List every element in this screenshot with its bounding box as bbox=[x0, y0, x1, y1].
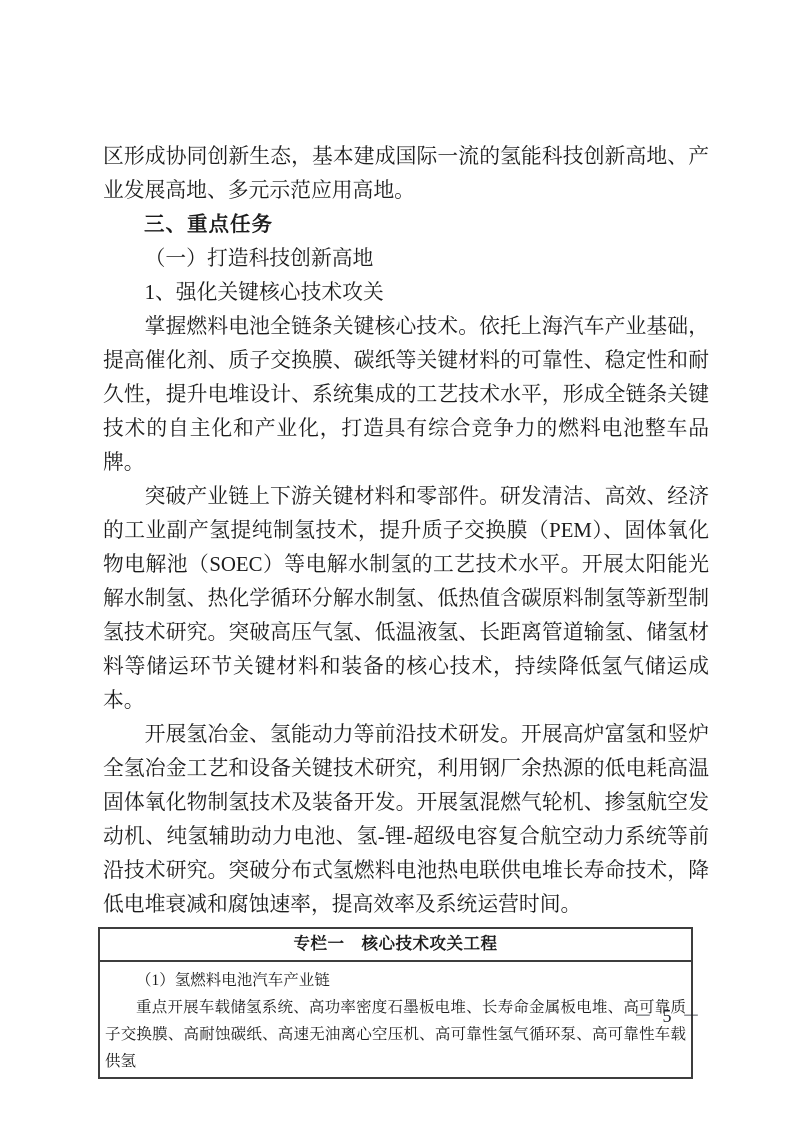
paragraph-supply-chain-materials: 突破产业链上下游关键材料和零部件。研发清洁、高效、经济的工业副产氢提纯制氢技术，… bbox=[103, 480, 709, 718]
column-box-body: （1）氢燃料电池汽车产业链 重点开展车载储氢系统、高功率密度石墨板电堆、长寿命金… bbox=[100, 962, 691, 1077]
paragraph-frontier-research: 开展氢冶金、氢能动力等前沿技术研发。开展高炉富氢和竖炉全氢冶金工艺和设备关键技术… bbox=[103, 718, 709, 922]
page-number: － 5 － bbox=[634, 1002, 703, 1030]
document-content: 区形成协同创新生态，基本建成国际一流的氢能科技创新高地、产业发展高地、多元示范应… bbox=[103, 140, 709, 1079]
task-heading: 1、强化关键核心技术攻关 bbox=[103, 276, 709, 310]
paragraph-continuation: 区形成协同创新生态，基本建成国际一流的氢能科技创新高地、产业发展高地、多元示范应… bbox=[103, 140, 709, 208]
special-column-box: 专栏一 核心技术攻关工程 （1）氢燃料电池汽车产业链 重点开展车载储氢系统、高功… bbox=[98, 927, 693, 1079]
document-page: 区形成协同创新生态，基本建成国际一流的氢能科技创新高地、产业发展高地、多元示范应… bbox=[0, 0, 794, 1123]
subsection-heading: （一）打造科技创新高地 bbox=[103, 242, 709, 276]
paragraph-fuel-cell-tech: 掌握燃料电池全链条关键核心技术。依托上海汽车产业基础，提高催化剂、质子交换膜、碳… bbox=[103, 310, 709, 480]
column-box-item-text: 重点开展车载储氢系统、高功率密度石墨板电堆、长寿命金属板电堆、高可靠质子交换膜、… bbox=[105, 994, 686, 1075]
section-heading: 三、重点任务 bbox=[103, 208, 709, 242]
column-box-title: 专栏一 核心技术攻关工程 bbox=[100, 929, 691, 962]
column-box-item-heading: （1）氢燃料电池汽车产业链 bbox=[105, 967, 686, 994]
